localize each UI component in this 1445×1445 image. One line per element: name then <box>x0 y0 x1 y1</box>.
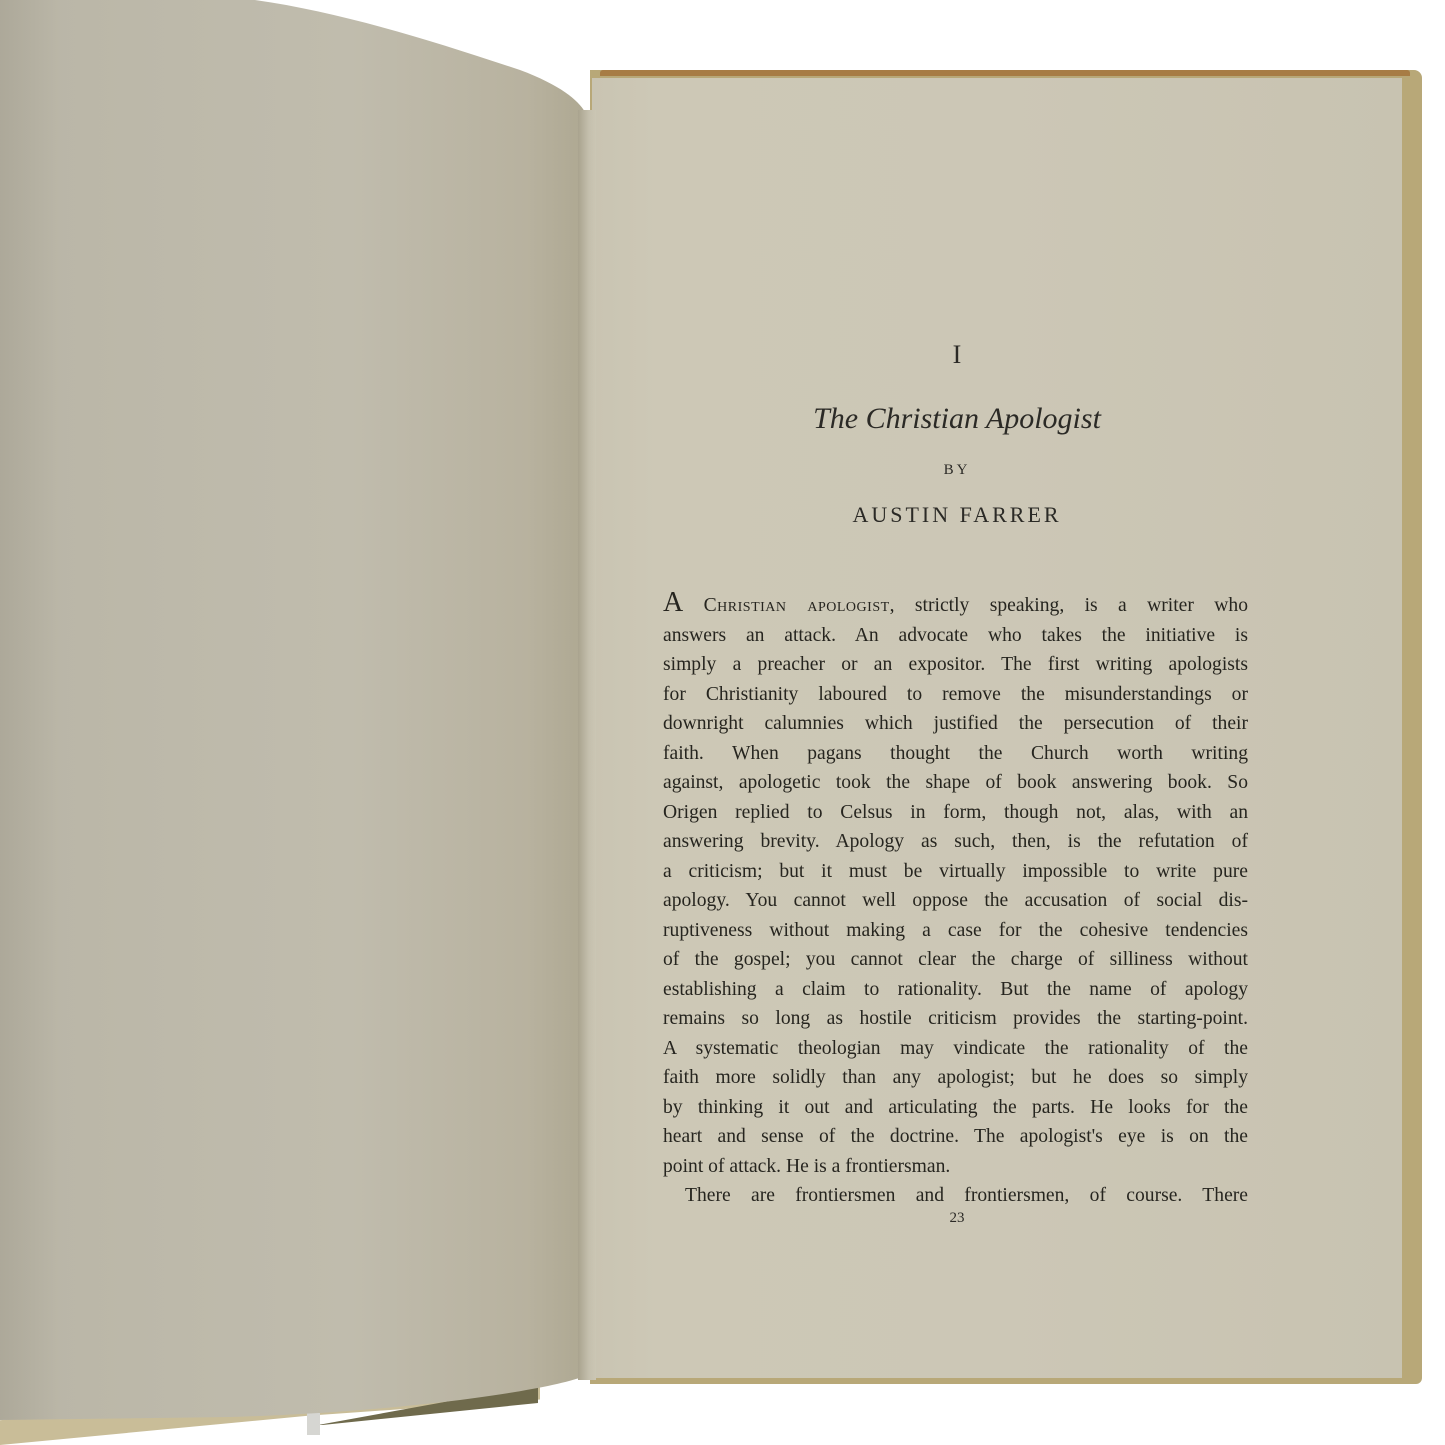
chapter-number: I <box>592 340 1322 370</box>
body-line-paragraph-start: There are frontiersmen and frontiersmen,… <box>663 1181 1248 1211</box>
body-line: remains so long as hostile criticism pro… <box>663 1004 1248 1034</box>
body-line: ruptiveness without making a case for th… <box>663 916 1248 946</box>
opening-letter: A <box>663 587 683 618</box>
body-line: against, apologetic took the shape of bo… <box>663 768 1248 798</box>
body-line: heart and sense of the doctrine. The apo… <box>663 1122 1248 1152</box>
chapter-title: The Christian Apologist <box>592 402 1322 436</box>
body-line: of the gospel; you cannot clear the char… <box>663 945 1248 975</box>
body-line: a criticism; but it must be virtually im… <box>663 857 1248 887</box>
body-line: A systematic theologian may vindicate th… <box>663 1034 1248 1064</box>
body-line: simply a preacher or an expositor. The f… <box>663 650 1248 680</box>
opening-smallcaps: Christian apologist <box>704 595 890 616</box>
body-line: answers an attack. An advocate who takes… <box>663 621 1248 651</box>
byline-prefix: BY <box>592 462 1322 479</box>
chapter-body: A Christian apologist, strictly speaking… <box>663 588 1248 1211</box>
body-line: for Christianity laboured to remove the … <box>663 680 1248 710</box>
open-book: I The Christian Apologist BY AUSTIN FARR… <box>0 0 1445 1445</box>
page-number: 23 <box>592 1210 1322 1227</box>
body-line: Origen replied to Celsus in form, though… <box>663 798 1248 828</box>
book-gutter <box>578 110 596 1380</box>
body-line: faith. When pagans thought the Church wo… <box>663 739 1248 769</box>
cover-top-edge <box>600 70 1410 76</box>
body-line: establishing a claim to rationality. But… <box>663 975 1248 1005</box>
left-page-shadow <box>0 0 60 1420</box>
author-name: AUSTIN FARRER <box>592 502 1322 528</box>
body-line: downright calumnies which justified the … <box>663 709 1248 739</box>
body-line: faith more solidly than any apologist; b… <box>663 1063 1248 1093</box>
opening-rest: , strictly speaking, is a writer who <box>890 595 1248 616</box>
bookmark-tab <box>307 1413 320 1435</box>
body-line-paragraph-end: point of attack. He is a frontiersman. <box>663 1152 1248 1182</box>
body-line: A Christian apologist, strictly speaking… <box>663 588 1248 621</box>
body-line: apology. You cannot well oppose the accu… <box>663 886 1248 916</box>
body-line: answering brevity. Apology as such, then… <box>663 827 1248 857</box>
left-page-blank <box>0 0 585 1420</box>
body-line: by thinking it out and articulating the … <box>663 1093 1248 1123</box>
